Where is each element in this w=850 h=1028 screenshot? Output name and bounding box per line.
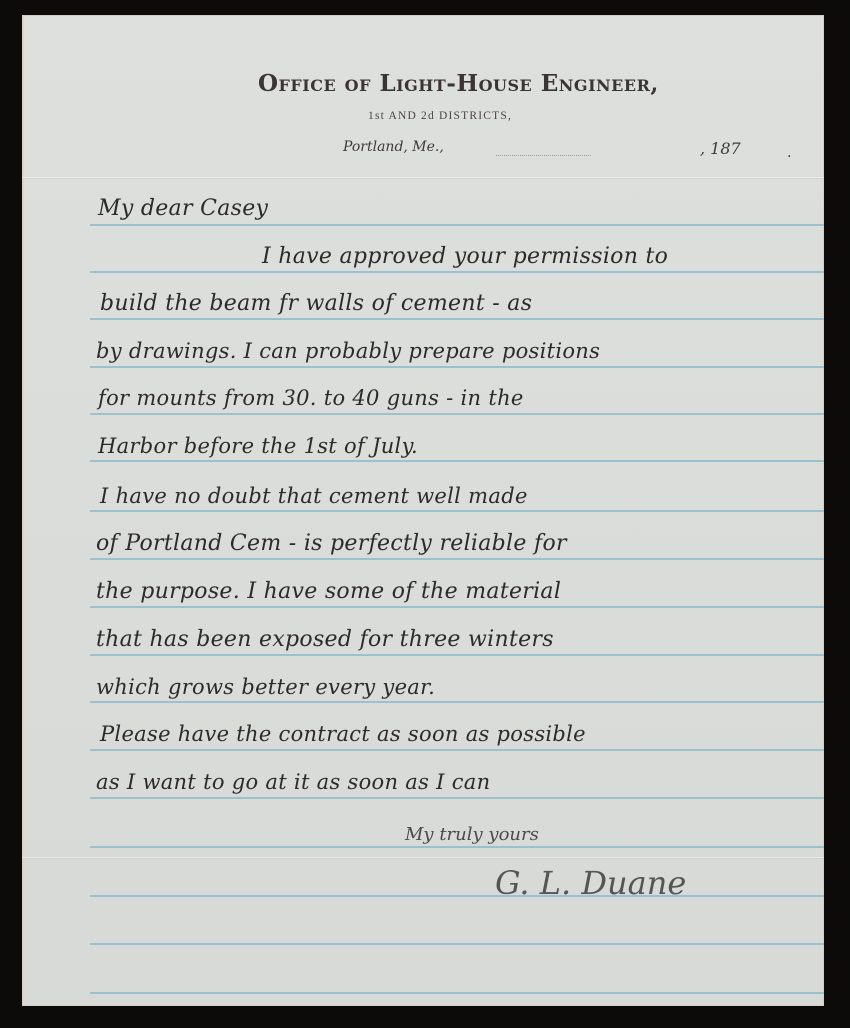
body-line: for mounts from 30. to 40 guns - in the xyxy=(98,386,524,410)
ruled-line xyxy=(90,654,824,656)
body-line: build the beam fr walls of cement - as xyxy=(100,291,532,316)
letterhead-year: , 187 xyxy=(700,139,741,158)
body-line: which grows better every year. xyxy=(96,675,435,699)
body-line: the purpose. I have some of the material xyxy=(96,579,561,604)
ruled-line xyxy=(90,318,824,320)
ruled-line xyxy=(90,510,824,512)
ruled-line xyxy=(90,224,824,226)
ruled-line xyxy=(90,606,824,608)
body-line: by drawings. I can probably prepare posi… xyxy=(96,339,600,363)
ruled-line xyxy=(90,749,824,751)
date-blank xyxy=(496,155,591,156)
body-line: I have approved your permission to xyxy=(262,244,668,269)
signature: G. L. Duane xyxy=(495,864,686,902)
body-line: of Portland Cem - is perfectly reliable … xyxy=(96,531,567,556)
ruled-line xyxy=(90,846,824,848)
ruled-line xyxy=(90,895,824,897)
body-line: I have no doubt that cement well made xyxy=(100,484,528,508)
closing: My truly yours xyxy=(405,824,539,845)
fold-line-bottom xyxy=(22,857,824,859)
ruled-line xyxy=(90,558,824,560)
body-line: as I want to go at it as soon as I can xyxy=(96,770,490,794)
ruled-line xyxy=(90,992,824,994)
body-line: Harbor before the 1st of July. xyxy=(98,434,418,458)
fold-line-top xyxy=(22,177,824,179)
letterhead-subtitle: 1st AND 2d DISTRICTS, xyxy=(368,110,512,122)
ruled-line xyxy=(90,413,824,415)
letterhead-place: Portland, Me., xyxy=(343,139,444,155)
letterhead-year-dot: . xyxy=(787,145,791,161)
letterhead-title: Office of Light-House Engineer, xyxy=(258,70,708,97)
ruled-line xyxy=(90,366,824,368)
body-line: Please have the contract as soon as poss… xyxy=(100,722,586,746)
ruled-line xyxy=(90,701,824,703)
ruled-line xyxy=(90,271,824,273)
ruled-line xyxy=(90,797,824,799)
letter-page xyxy=(22,15,824,1006)
greeting: My dear Casey xyxy=(98,196,268,221)
ruled-line xyxy=(90,943,824,945)
body-line: that has been exposed for three winters xyxy=(96,627,554,652)
ruled-line xyxy=(90,460,824,462)
